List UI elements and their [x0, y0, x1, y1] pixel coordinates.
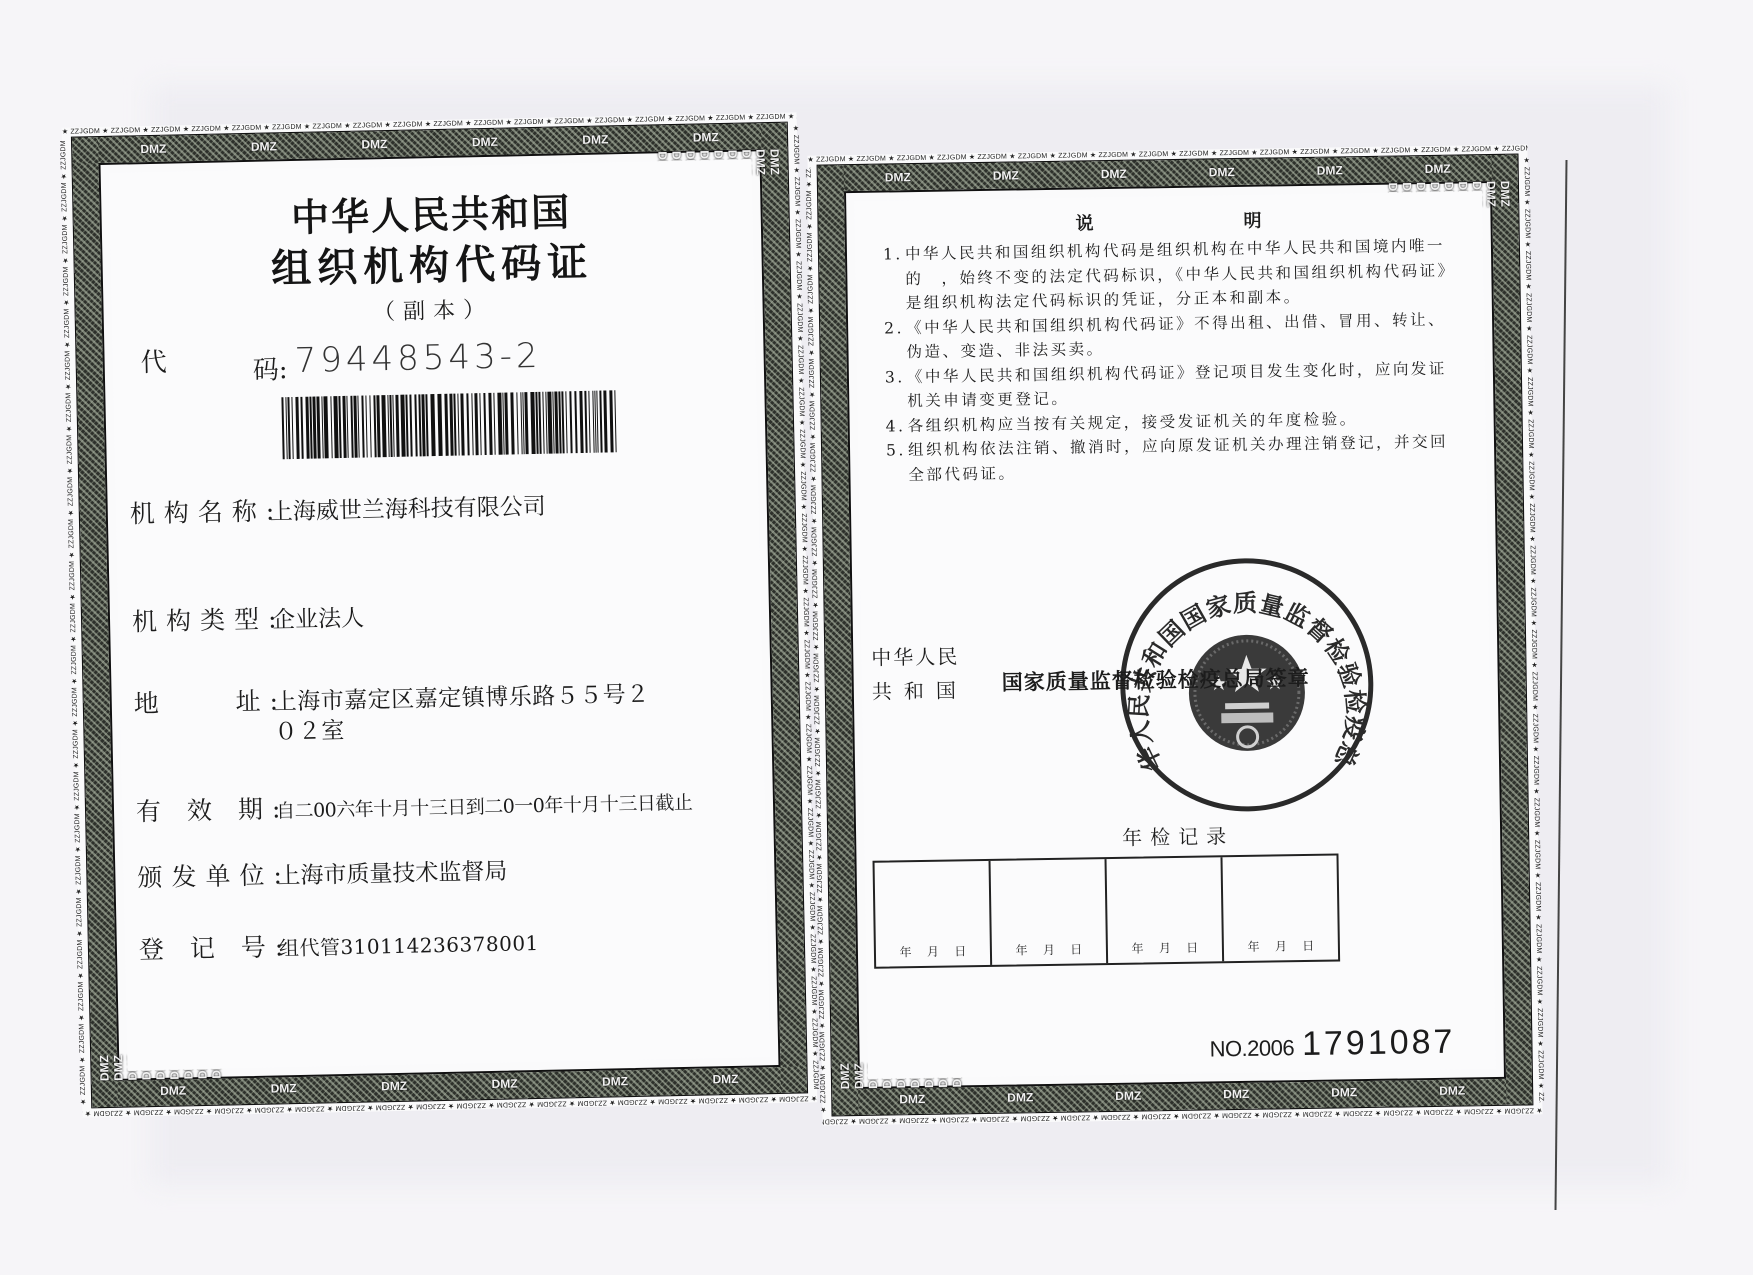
dmz-word: DMZ: [1331, 1085, 1357, 1101]
date-day: 日: [1302, 937, 1314, 954]
item-number: 3.: [885, 365, 908, 414]
field-org-type: 机构类型: 企业法人: [132, 598, 365, 639]
dmz-word: DMZ: [993, 168, 1019, 184]
dmz-word: DMZ: [1115, 1089, 1141, 1105]
field-value: 上海市质量技术监督局: [277, 853, 508, 891]
annual-inspection-table: 年月日 年月日 年月日 年月日: [873, 853, 1341, 968]
date-day: 日: [1186, 939, 1198, 956]
field-validity: 有 效 期: 自二00六年十月十三日到二0一0年十月十三日截止: [136, 781, 693, 829]
field-value: 上海市嘉定区嘉定镇博乐路５５号２０２室: [273, 679, 664, 747]
item-number: 4.: [885, 414, 907, 439]
field-label: 机构名称:: [129, 492, 270, 531]
dmz-word: DMZ: [1209, 165, 1235, 181]
inspection-cell: 年月日: [1107, 857, 1225, 963]
date-day: 日: [1070, 940, 1082, 957]
field-org-name: 机构名称: 上海威世兰海科技有限公司: [129, 486, 546, 531]
dmz-word: DMZ: [381, 1079, 407, 1096]
instruction-item: 2. 《中华人民共和国组织机构代码证》不得出租、出借、冒用、转让、伪造、变造、非…: [884, 307, 1457, 365]
dmz-word: DMZ: [885, 170, 911, 186]
issuer-name: 国家质量监督检验检疫总局签章: [1001, 662, 1309, 697]
serial-value: 1791087: [1302, 1023, 1456, 1064]
serial-number: NO.2006 1791087: [1209, 1023, 1456, 1066]
dmz-word: DMZ: [712, 1072, 738, 1089]
dmz-word: DMZ: [140, 142, 166, 159]
dmz-word: DMZ: [899, 1092, 925, 1108]
instruction-item: 1. 中华人民共和国组织机构代码是组织机构在中华人民共和国境内唯一的 ，始终不变…: [883, 234, 1456, 316]
dmz-word: DMZ: [270, 1081, 296, 1098]
field-label: 有 效 期:: [136, 789, 277, 828]
dmz-word: DMZ: [1007, 1090, 1033, 1106]
dmz-word: DMZ: [472, 135, 498, 152]
field-label: 登 记 号:: [139, 927, 280, 966]
field-value: 自二00六年十月十三日到二0一0年十月十三日截止: [276, 788, 693, 824]
barcode: [281, 390, 622, 459]
item-number: 2.: [884, 316, 907, 365]
instructions-list: 1. 中华人民共和国组织机构代码是组织机构在中华人民共和国境内唯一的 ，始终不变…: [883, 234, 1459, 488]
certificate-back-page: ★ ZZJGDM ★ ZZJGDM ★ ZZJGDM ★ ZZJGDM ★ ZZ…: [807, 144, 1542, 1125]
item-number: 5.: [886, 438, 909, 487]
date-year: 年: [1015, 941, 1027, 958]
dmz-word: DMZ: [1317, 163, 1343, 179]
date-year: 年: [1247, 938, 1259, 955]
dmz-word: DMZ: [1101, 167, 1127, 183]
item-text: 中华人民共和国组织机构代码是组织机构在中华人民共和国境内唯一的 ，始终不变的法定…: [905, 234, 1456, 316]
item-text: 《中华人民共和国组织机构代码证》不得出租、出借、冒用、转让、伪造、变造、非法买卖…: [906, 307, 1457, 365]
item-number: 1.: [883, 242, 906, 316]
dmz-word: DMZ: [602, 1074, 628, 1091]
dmz-word: DMZ: [491, 1076, 517, 1093]
dmz-word: DMZ: [160, 1083, 186, 1100]
instruction-item: 5. 组织机构依法注销、撤消时，应向原发证机关办理注销登记，并交回全部代码证。: [886, 430, 1459, 488]
field-label: 地 址:: [133, 681, 274, 720]
code-label: 代: [140, 342, 167, 380]
instructions-content: 说 明 1. 中华人民共和国组织机构代码是组织机构在中华人民共和国境内唯一的 ，…: [854, 191, 1496, 1079]
dmz-word: DMZ: [1439, 1083, 1465, 1099]
item-text: 组织机构依法注销、撤消时，应向原发证机关办理注销登记，并交回全部代码证。: [908, 430, 1459, 488]
inspection-cell: 年月日: [991, 859, 1109, 965]
date-month: 月: [1159, 939, 1171, 956]
field-value: 上海威世兰海科技有限公司: [269, 488, 546, 527]
title-certificate: 组织机构代码证: [110, 227, 754, 297]
field-label: 颁发单位:: [137, 855, 278, 894]
date-day: 日: [954, 942, 966, 959]
heading-char: 明: [1243, 207, 1261, 233]
dmz-word: DMZ: [693, 130, 719, 147]
annual-inspection-title: 年检记录: [864, 816, 1492, 855]
code-label: 码:: [252, 349, 288, 387]
inspection-cell: 年月日: [875, 861, 993, 967]
issuer-country: 中华人民 共和国: [871, 639, 968, 708]
date-year: 年: [1131, 940, 1143, 957]
certificate-front-page: ★ ZZJGDM ★ ZZJGDM ★ ZZJGDM ★ ZZJGDM ★ ZZ…: [62, 112, 818, 1117]
dmz-word: DMZ: [1223, 1087, 1249, 1103]
dmz-word: DMZ: [361, 137, 387, 154]
issuer-country-line: 共和国: [872, 673, 969, 709]
date-month: 月: [927, 943, 939, 960]
date-month: 月: [1043, 941, 1055, 958]
field-registration-number: 登 记 号: 组代管310114236378001: [139, 922, 540, 966]
organization-code: 79448543-2: [294, 336, 542, 381]
dmz-word: DMZ: [251, 139, 277, 156]
issuer-country-line: 中华人民: [871, 639, 968, 675]
inspection-cell: 年月日: [1222, 855, 1338, 961]
instruction-item: 3. 《中华人民共和国组织机构代码证》登记项目发生变化时，应向发证机关申请变更登…: [885, 356, 1458, 414]
field-value: 企业法人: [272, 600, 365, 635]
field-label: 机构类型:: [132, 600, 273, 639]
date-month: 月: [1275, 937, 1287, 954]
dmz-word: DMZ: [582, 132, 608, 149]
field-value: 组代管310114236378001: [279, 927, 539, 961]
item-text: 《中华人民共和国组织机构代码证》登记项目发生变化时，应向发证机关申请变更登记。: [907, 356, 1458, 414]
certificate-content: 中华人民共和国 组织机构代码证 （副本） 代 码: 79448543-2 机构名…: [109, 159, 771, 1070]
field-issuer: 颁发单位: 上海市质量技术监督局: [137, 851, 508, 895]
date-year: 年: [899, 943, 911, 960]
field-address: 地 址: 上海市嘉定区嘉定镇博乐路５５号２０２室: [133, 673, 664, 750]
heading-char: 说: [1075, 209, 1093, 235]
dmz-word: DMZ: [1425, 162, 1451, 178]
serial-prefix: NO.2006: [1209, 1035, 1294, 1062]
